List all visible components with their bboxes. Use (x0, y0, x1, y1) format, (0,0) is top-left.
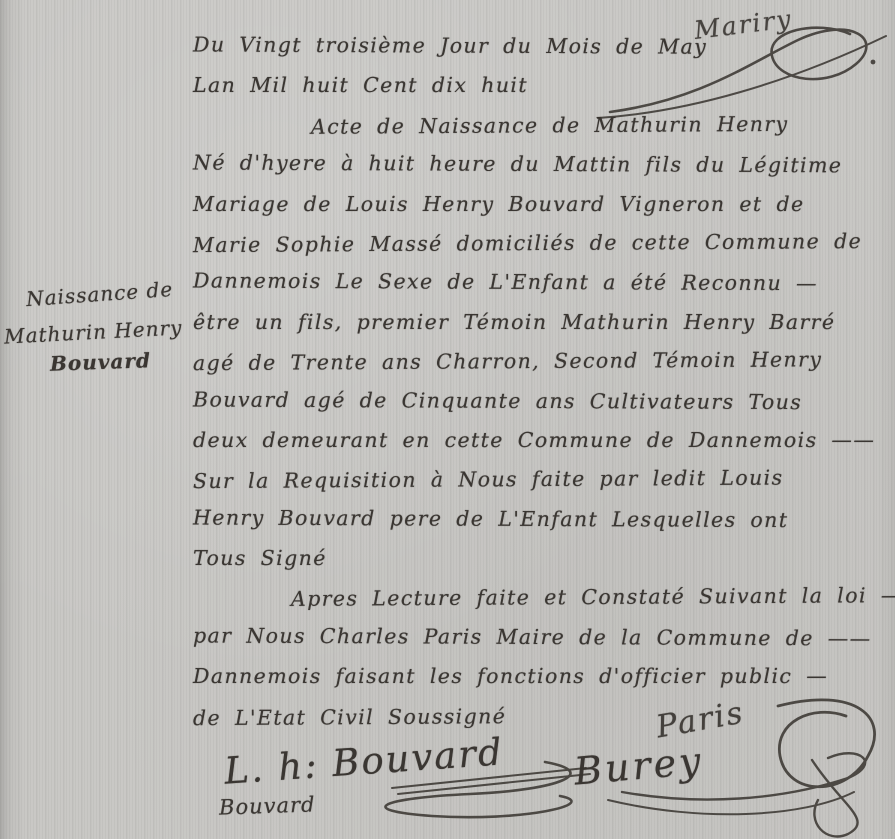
record-line: Lan Mil huit Cent dix huit (193, 73, 893, 112)
margin-note-line: Mathurin Henry (3, 315, 182, 348)
record-line: Mariage de Louis Henry Bouvard Vigneron … (193, 192, 893, 231)
record-body: Du Vingt troisième Jour du Mois de May L… (193, 34, 893, 743)
record-line: agé de Trente ans Charron, Second Témoin… (193, 347, 893, 391)
record-line: Acte de Naissance de Mathurin Henry (311, 111, 893, 154)
record-line: Sur la Requisition à Nous faite par ledi… (193, 465, 893, 509)
record-line: Dannemois faisant les fonctions d'offici… (193, 664, 893, 703)
margin-note-line: Naissance de (25, 277, 174, 311)
record-line: Bouvard agé de Cinquante ans Cultivateur… (193, 387, 893, 429)
paris-paraph-tail (812, 760, 858, 836)
record-line: par Nous Charles Paris Maire de la Commu… (193, 623, 893, 665)
signature-burey: Burey (572, 738, 705, 793)
signature-bouvard-small: Bouvard (219, 792, 316, 819)
record-line: Marie Sophie Massé domiciliés de cette C… (193, 229, 893, 273)
record-line: Du Vingt troisième Jour du Mois de May (193, 32, 893, 74)
record-line: Henry Bouvard pere de L'Enfant Lesquelle… (193, 505, 893, 547)
record-line: deux demeurant en cette Commune de Danne… (193, 428, 893, 467)
burey-signature-sweep (608, 792, 854, 814)
record-line: de L'Etat Civil Soussigné (193, 702, 893, 746)
record-line: Dannemois Le Sexe de L'Enfant a été Reco… (193, 269, 893, 311)
record-line: Né d'hyere à huit heure du Mattin fils d… (193, 151, 893, 193)
manuscript-page: Naissance de Mathurin Henry Bouvard Mari… (0, 0, 895, 839)
record-line: Apres Lecture faite et Constaté Suivant … (291, 584, 893, 627)
margin-note-line: Bouvard (50, 348, 152, 376)
record-line: Tous Signé (193, 546, 893, 585)
record-line: être un fils, premier Témoin Mathurin He… (193, 310, 893, 349)
